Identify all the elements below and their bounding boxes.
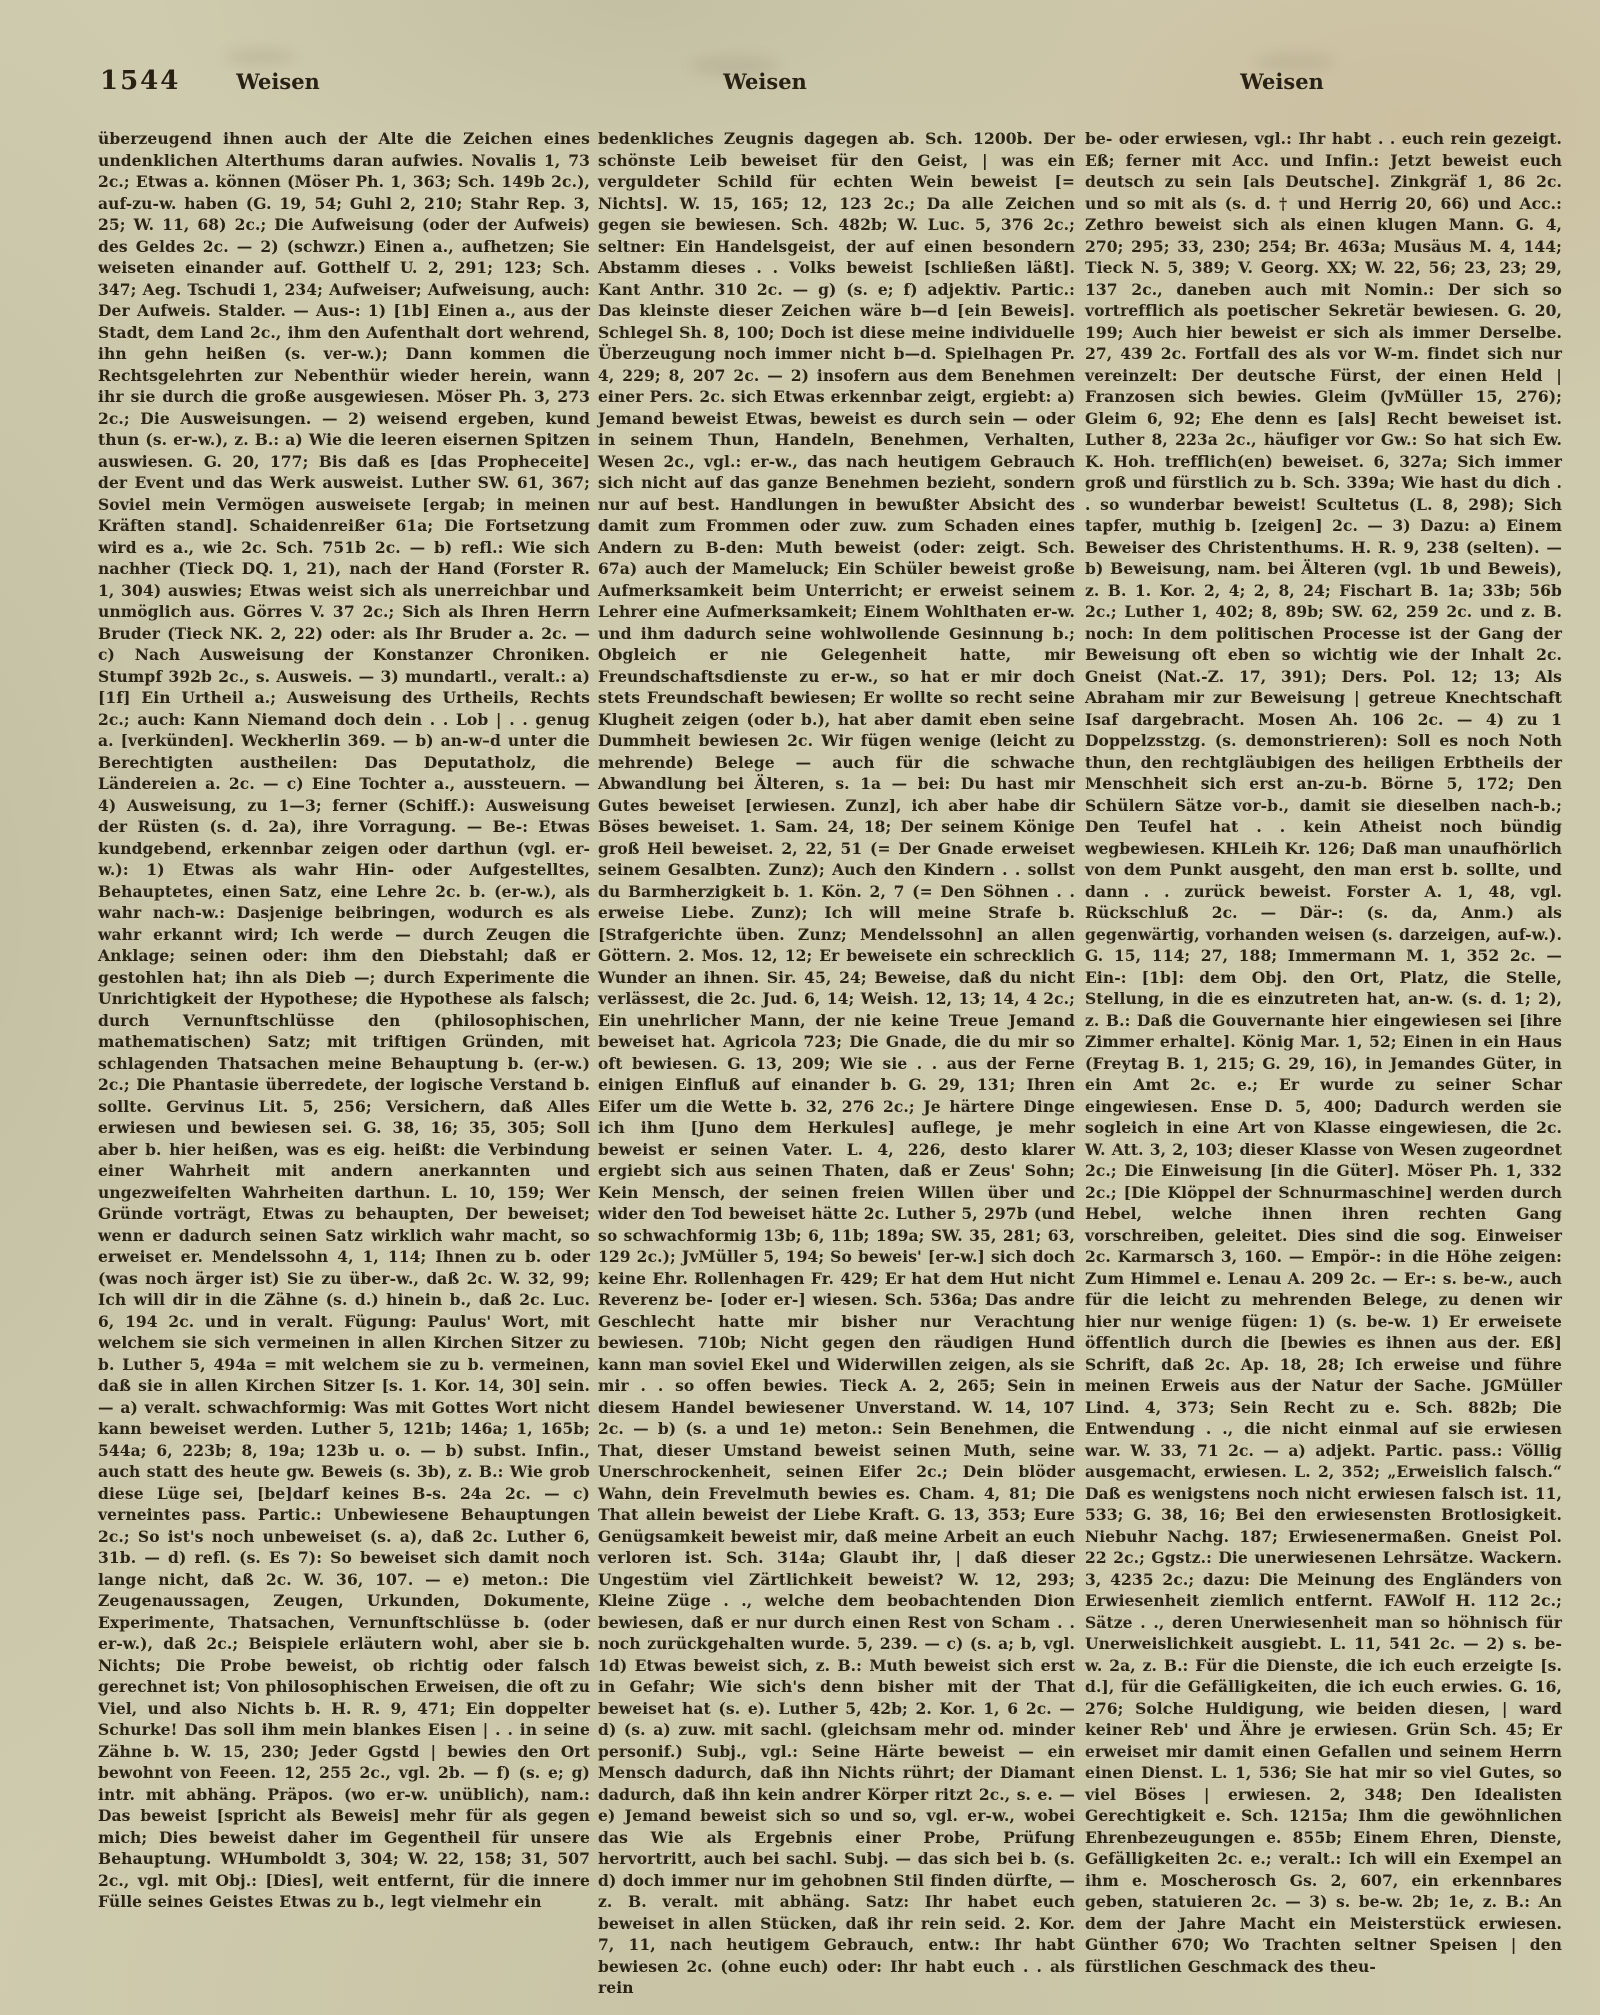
scanned-dictionary-page: 1544 Weisen Weisen Weisen überzeugend ih… xyxy=(0,0,1600,2015)
text-column-2: bedenkliches Zeugnis dagegen ab. Sch. 12… xyxy=(598,128,1075,1999)
text-column-1: überzeugend ihnen auch der Alte die Zeic… xyxy=(98,128,590,1913)
paper-smudge xyxy=(225,48,295,66)
running-head-column-1: Weisen xyxy=(236,69,320,94)
text-column-3: be- oder erwiesen, vgl.: Ihr habt . . eu… xyxy=(1085,128,1562,1977)
running-head-column-3: Weisen xyxy=(1240,69,1324,94)
running-head-column-2: Weisen xyxy=(723,69,807,94)
page-number: 1544 xyxy=(100,66,180,96)
